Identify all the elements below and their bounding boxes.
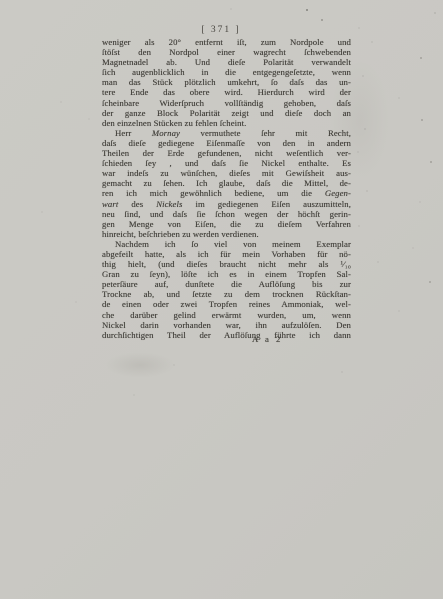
text-line: Nachdem ich ſo viel von meinem Exemplar [102, 239, 351, 249]
italic-text-segment: Gegen- [325, 188, 351, 198]
text-line: man das Stück plötzlich umkehrt, ſo daſs… [102, 77, 351, 87]
text-segment: Magnetnadel ab. Und dieſe Polarität verw… [102, 57, 351, 67]
text-segment: Theilen der Erde gefundenen, nicht weſen… [102, 148, 351, 158]
text-segment: Nachdem ich ſo viel von meinem Exemplar [115, 239, 351, 249]
text-segment: Trockne ab, und ſetzte zu dem trocknen R… [102, 289, 351, 299]
text-line: ſcheinbare Widerſpruch vollſtändig gehob… [102, 98, 351, 108]
scan-smudge [105, 352, 175, 378]
text-segment: ſcheinbare Widerſpruch vollſtändig gehob… [102, 98, 351, 108]
text-segment: gen Menge von Eiſen, die zu dieſem Verfa… [102, 219, 351, 229]
text-line: Gran zu ſeyn), löſte ich es in einem Tro… [102, 269, 351, 279]
text-line: de einen oder zwei Tropfen reines Ammoni… [102, 299, 351, 309]
text-segment: gemacht zu ſehen. Ich glaube, daſs die M… [102, 178, 351, 188]
text-segment: Gran zu ſeyn), löſte ich es in einem Tro… [102, 269, 351, 279]
text-segment: des [118, 199, 156, 209]
text-segment: Herr [115, 128, 152, 138]
italic-text-segment: Mornay [152, 128, 180, 138]
text-segment: der ganze Block Polarität zeigt und dieſ… [102, 108, 351, 118]
text-segment: im gediegenen Eiſen auszumitteln, [182, 199, 351, 209]
text-line: Nickel darin vorhanden war, ihn aufzulöſ… [102, 320, 351, 330]
text-segment: Nickel darin vorhanden war, ihn aufzulöſ… [102, 320, 351, 330]
text-segment: hinreicht, beſchrieben zu werden verdien… [102, 229, 259, 239]
text-line: Trockne ab, und ſetzte zu dem trocknen R… [102, 289, 351, 299]
text-segment: man das Stück plötzlich umkehrt, ſo daſs… [102, 77, 351, 87]
text-segment: tere Ende das obere wird. Hierdurch wird… [102, 87, 351, 97]
text-line: tere Ende das obere wird. Hierdurch wird… [102, 87, 351, 97]
text-line: ſich augenblicklich in die entgegengeſet… [102, 67, 351, 77]
text-segment: weniger als 20° entfernt iſt, zum Nordpo… [102, 37, 351, 47]
text-line: ſtöſst den Nordpol einer wagrecht ſchweb… [102, 47, 351, 57]
text-line: che darüber gelind erwärmt wurden, um, w… [102, 310, 351, 320]
text-line: ſchieden ſey , und daſs ſie Nickel entha… [102, 158, 351, 168]
text-segment: thig hielt, (und dieſes braucht nicht me… [102, 259, 351, 269]
text-segment: neu ſind, und daſs ſie ſchon wegen der h… [102, 209, 351, 219]
text-segment: ren ich mich gewöhnlich bediene, um die [102, 188, 325, 198]
page-number: [ 371 ] [101, 25, 341, 35]
text-segment: durchſichtigen Theil der Auflöſung führt… [102, 330, 351, 340]
text-line: durchſichtigen Theil der Auflöſung führt… [102, 330, 351, 340]
text-line: thig hielt, (und dieſes braucht nicht me… [102, 259, 351, 269]
text-segment: ſtöſst den Nordpol einer wagrecht ſchweb… [102, 47, 351, 57]
text-segment: den einzelnen Stücken zu fehlen ſcheint. [102, 118, 246, 128]
text-segment: daſs dieſe gediegene Eiſenmaſſe von den … [102, 138, 351, 148]
text-line: war indeſs zu wünſchen, dieſes mit Gewiſ… [102, 168, 351, 178]
text-line: ren ich mich gewöhnlich bediene, um die … [102, 188, 351, 198]
text-segment: che darüber gelind erwärmt wurden, um, w… [102, 310, 351, 320]
text-line: wart des Nickels im gediegenen Eiſen aus… [102, 199, 351, 209]
text-block: weniger als 20° entfernt iſt, zum Nordpo… [102, 37, 351, 340]
text-segment: de einen oder zwei Tropfen reines Ammoni… [102, 299, 351, 309]
scanned-book-page: [ 371 ] weniger als 20° entfernt iſt, zu… [0, 0, 443, 599]
text-line: hinreicht, beſchrieben zu werden verdien… [102, 229, 351, 239]
text-line: peterſäure auf, dunſtete die Auflöſung b… [102, 279, 351, 289]
text-line: weniger als 20° entfernt iſt, zum Nordpo… [102, 37, 351, 47]
text-line: Magnetnadel ab. Und dieſe Polarität verw… [102, 57, 351, 67]
text-segment: abgefeilt hatte, als ich für mein Vorhab… [102, 249, 351, 259]
text-line: gen Menge von Eiſen, die zu dieſem Verfa… [102, 219, 351, 229]
text-line: Theilen der Erde gefundenen, nicht weſen… [102, 148, 351, 158]
text-line: neu ſind, und daſs ſie ſchon wegen der h… [102, 209, 351, 219]
italic-text-segment: wart [102, 199, 118, 209]
text-segment: vermuthete ſehr mit Recht, [180, 128, 351, 138]
text-segment: ſchieden ſey , und daſs ſie Nickel entha… [102, 158, 351, 168]
text-line: gemacht zu ſehen. Ich glaube, daſs die M… [102, 178, 351, 188]
signature-mark: A a 2 [252, 334, 283, 344]
text-line: daſs dieſe gediegene Eiſenmaſſe von den … [102, 138, 351, 148]
text-segment: ſich augenblicklich in die entgegengeſet… [102, 67, 351, 77]
scan-noise-specks [0, 0, 2, 2]
text-segment: war indeſs zu wünſchen, dieſes mit Gewiſ… [102, 168, 351, 178]
italic-text-segment: Nickels [156, 199, 182, 209]
text-segment: peterſäure auf, dunſtete die Auflöſung b… [102, 279, 351, 289]
text-line: Herr Mornay vermuthete ſehr mit Recht, [102, 128, 351, 138]
text-line: abgefeilt hatte, als ich für mein Vorhab… [102, 249, 351, 259]
text-line: der ganze Block Polarität zeigt und dieſ… [102, 108, 351, 118]
text-line: den einzelnen Stücken zu fehlen ſcheint. [102, 118, 351, 128]
